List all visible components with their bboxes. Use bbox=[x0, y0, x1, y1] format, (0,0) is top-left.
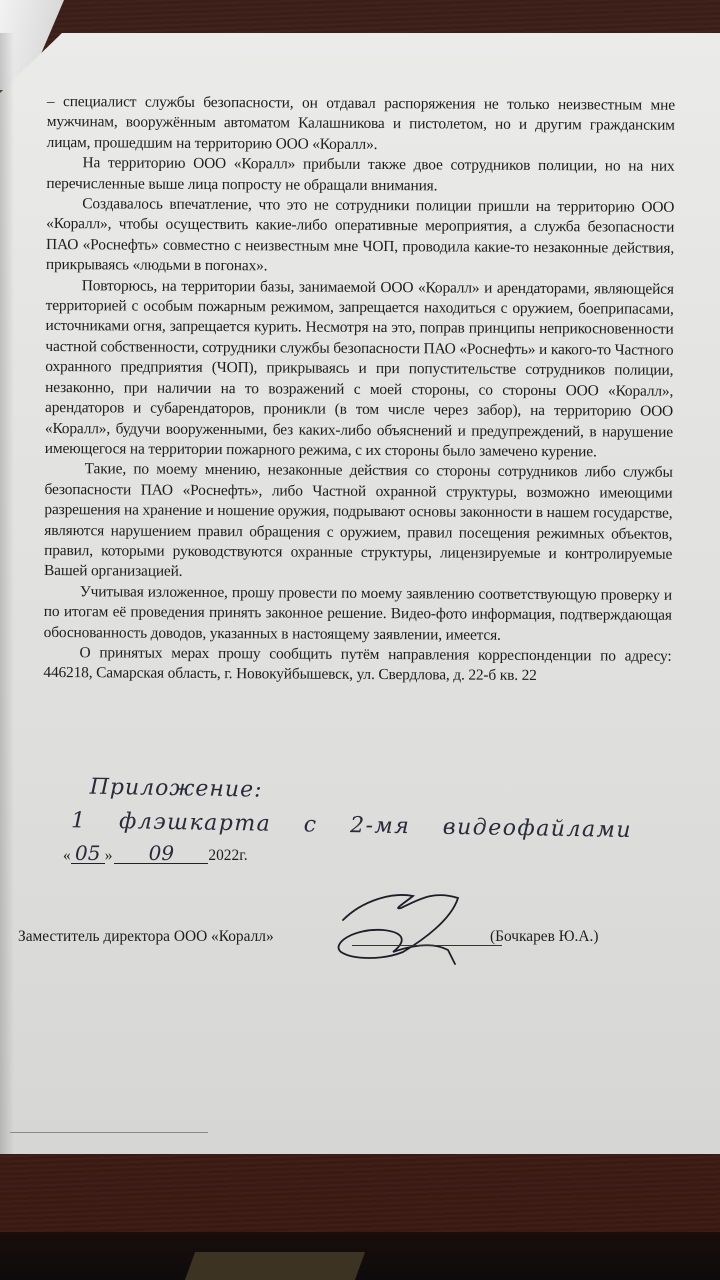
paragraph-opinion: Такие, по моему мнению, незаконные дейст… bbox=[44, 459, 673, 585]
paragraph-violations: Повторюсь, на территории базы, занимаемо… bbox=[45, 276, 674, 463]
signature-line bbox=[352, 945, 502, 946]
date-month: 09 bbox=[114, 843, 208, 864]
date-close-quote: » bbox=[105, 847, 113, 864]
desk-edge bbox=[0, 1232, 720, 1280]
page-shadow bbox=[0, 33, 14, 1154]
footer-rule bbox=[10, 1132, 208, 1133]
date-day: 05 bbox=[71, 843, 105, 864]
paragraph-impression: Создавалось впечатление, что это не сотр… bbox=[46, 194, 674, 279]
paragraph-police: На территорию ООО «Коралл» прибыли также… bbox=[46, 153, 674, 198]
signature-scribble-icon bbox=[323, 890, 513, 970]
date-open-quote: « bbox=[63, 847, 71, 864]
paragraph-continuation: – специалист службы безопасности, он отд… bbox=[47, 92, 675, 157]
document-body: – специалист службы безопасности, он отд… bbox=[43, 92, 675, 688]
document-date: «05»092022г. bbox=[63, 843, 248, 865]
signer-title: Заместитель директора ООО «Коралл» bbox=[18, 928, 274, 946]
paragraph-address: О принятых мерах прошу сообщить путём на… bbox=[43, 643, 671, 688]
handwritten-attachment-title: Приложение: bbox=[89, 771, 262, 808]
signer-name: (Бочкарев Ю.А.) bbox=[490, 928, 598, 946]
date-year: 2022г. bbox=[208, 847, 247, 864]
paragraph-request: Учитывая изложенное, прошу провести по м… bbox=[44, 582, 672, 647]
desk-object bbox=[185, 1252, 365, 1280]
